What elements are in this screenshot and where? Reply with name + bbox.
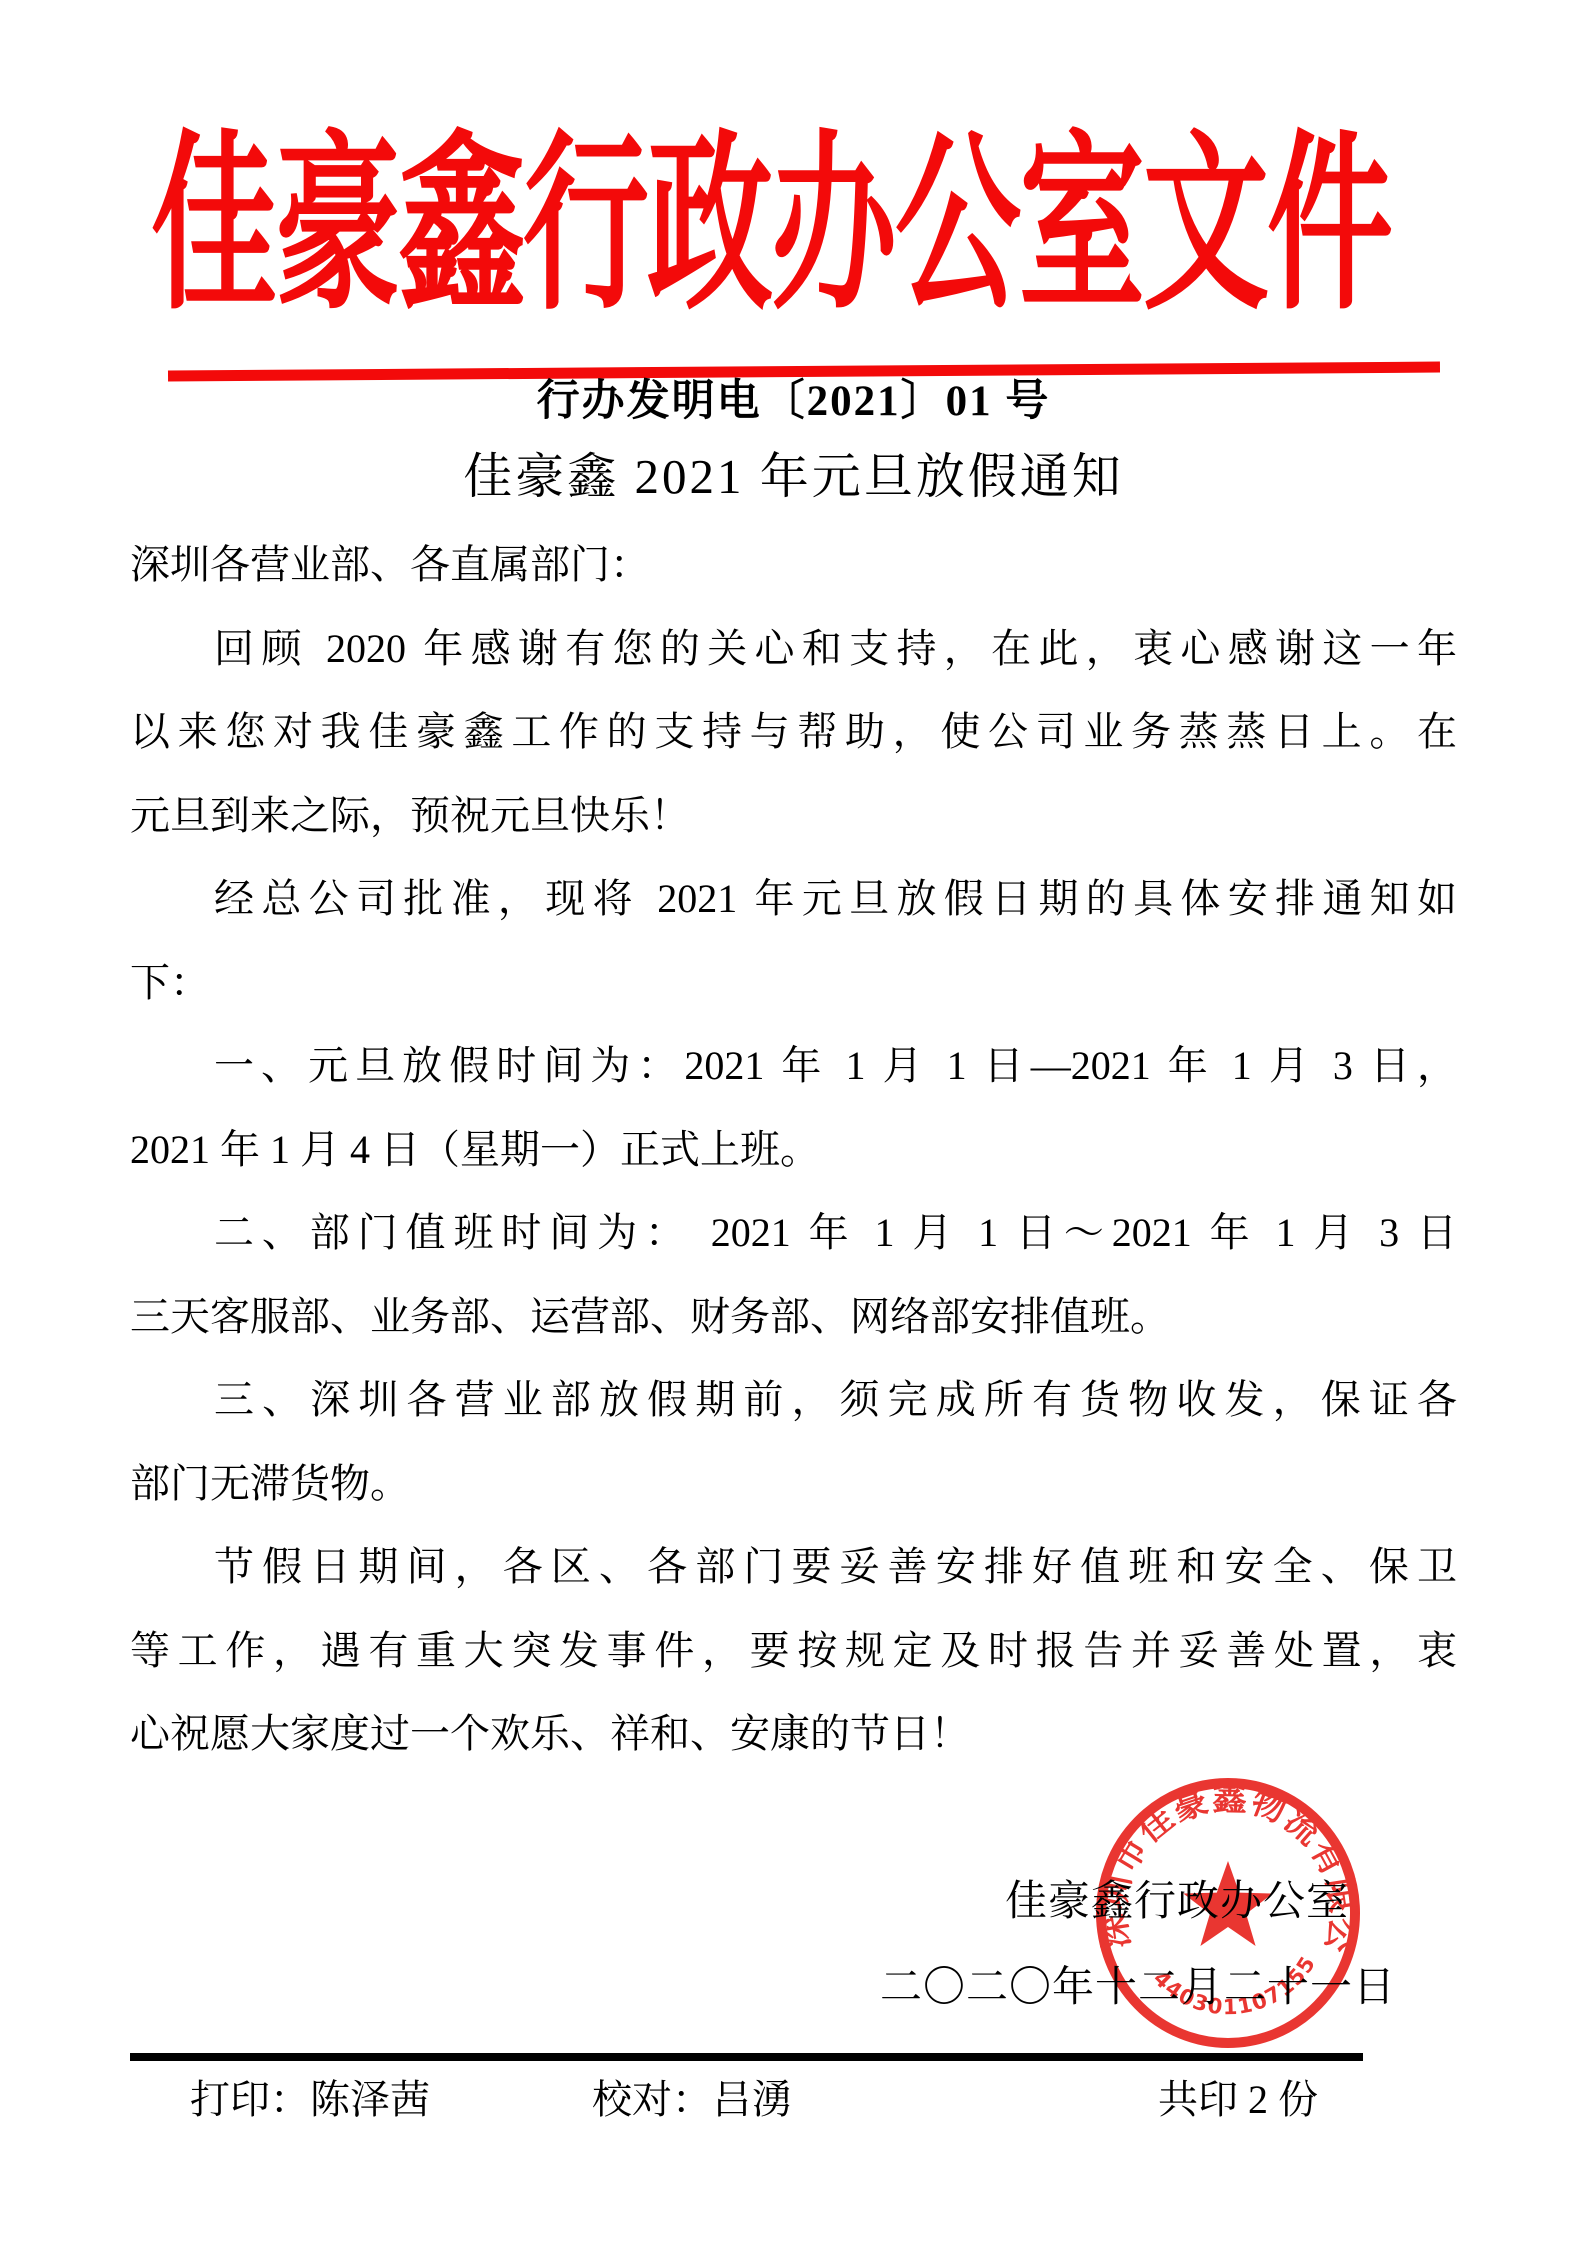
footer-proofreader: 校对：吕湧 (592, 2068, 792, 2125)
body-line: 三天客服部、业务部、运营部、财务部、网络部安排值班。 (130, 1275, 1457, 1359)
body-line: 回顾 2020 年感谢有您的关心和支持，在此，衷心感谢这一年 (130, 607, 1457, 691)
body-line: 下： (130, 941, 1457, 1025)
document-page: 佳豪鑫行政办公室文件 行办发明电〔2021〕01 号 佳豪鑫 2021 年元旦放… (0, 0, 1587, 2245)
body-line: 等工作，遇有重大突发事件，要按规定及时报告并妥善处置，衷 (130, 1609, 1457, 1693)
salutation: 深圳各营业部、各直属部门： (130, 523, 1457, 607)
footer-divider-rule (130, 2053, 1363, 2061)
body-line: 二、部门值班时间为： 2021 年 1 月 1 日～2021 年 1 月 3 日 (130, 1191, 1457, 1275)
seal-star-icon (1183, 1861, 1272, 1946)
footer-copies: 共印 2 份 (1158, 2068, 1318, 2125)
body-line: 一、元旦放假时间为：2021 年 1 月 1 日—2021 年 1 月 3 日， (130, 1024, 1457, 1108)
body-line: 元旦到来之际，预祝元旦快乐！ (130, 774, 1457, 858)
body-line: 经总公司批准，现将 2021 年元旦放假日期的具体安排通知如 (130, 857, 1457, 941)
notice-body: 深圳各营业部、各直属部门： 回顾 2020 年感谢有您的关心和支持，在此，衷心感… (130, 523, 1457, 1776)
footer-printer: 打印：陈泽茜 (190, 2068, 430, 2125)
body-line: 三、深圳各营业部放假期前，须完成所有货物收发，保证各 (130, 1358, 1457, 1442)
body-line: 以来您对我佳豪鑫工作的支持与帮助，使公司业务蒸蒸日上。在 (130, 690, 1457, 774)
notice-title: 佳豪鑫 2021 年元旦放假通知 (130, 448, 1457, 507)
body-line: 2021 年 1 月 4 日（星期一）正式上班。 (130, 1108, 1457, 1192)
body-line: 节假日期间，各区、各部门要妥善安排好值班和安全、保卫 (130, 1525, 1457, 1609)
body-line: 心祝愿大家度过一个欢乐、祥和、安康的节日！ (130, 1692, 1457, 1776)
body-line: 部门无滞货物。 (130, 1442, 1457, 1526)
masthead-title: 佳豪鑫行政办公室文件 (150, 128, 1392, 329)
company-seal-stamp: 深圳市佳豪鑫物流有限公司 440301107155761 (1094, 1776, 1362, 2050)
document-number: 行办发明电〔2021〕01 号 (130, 378, 1457, 425)
